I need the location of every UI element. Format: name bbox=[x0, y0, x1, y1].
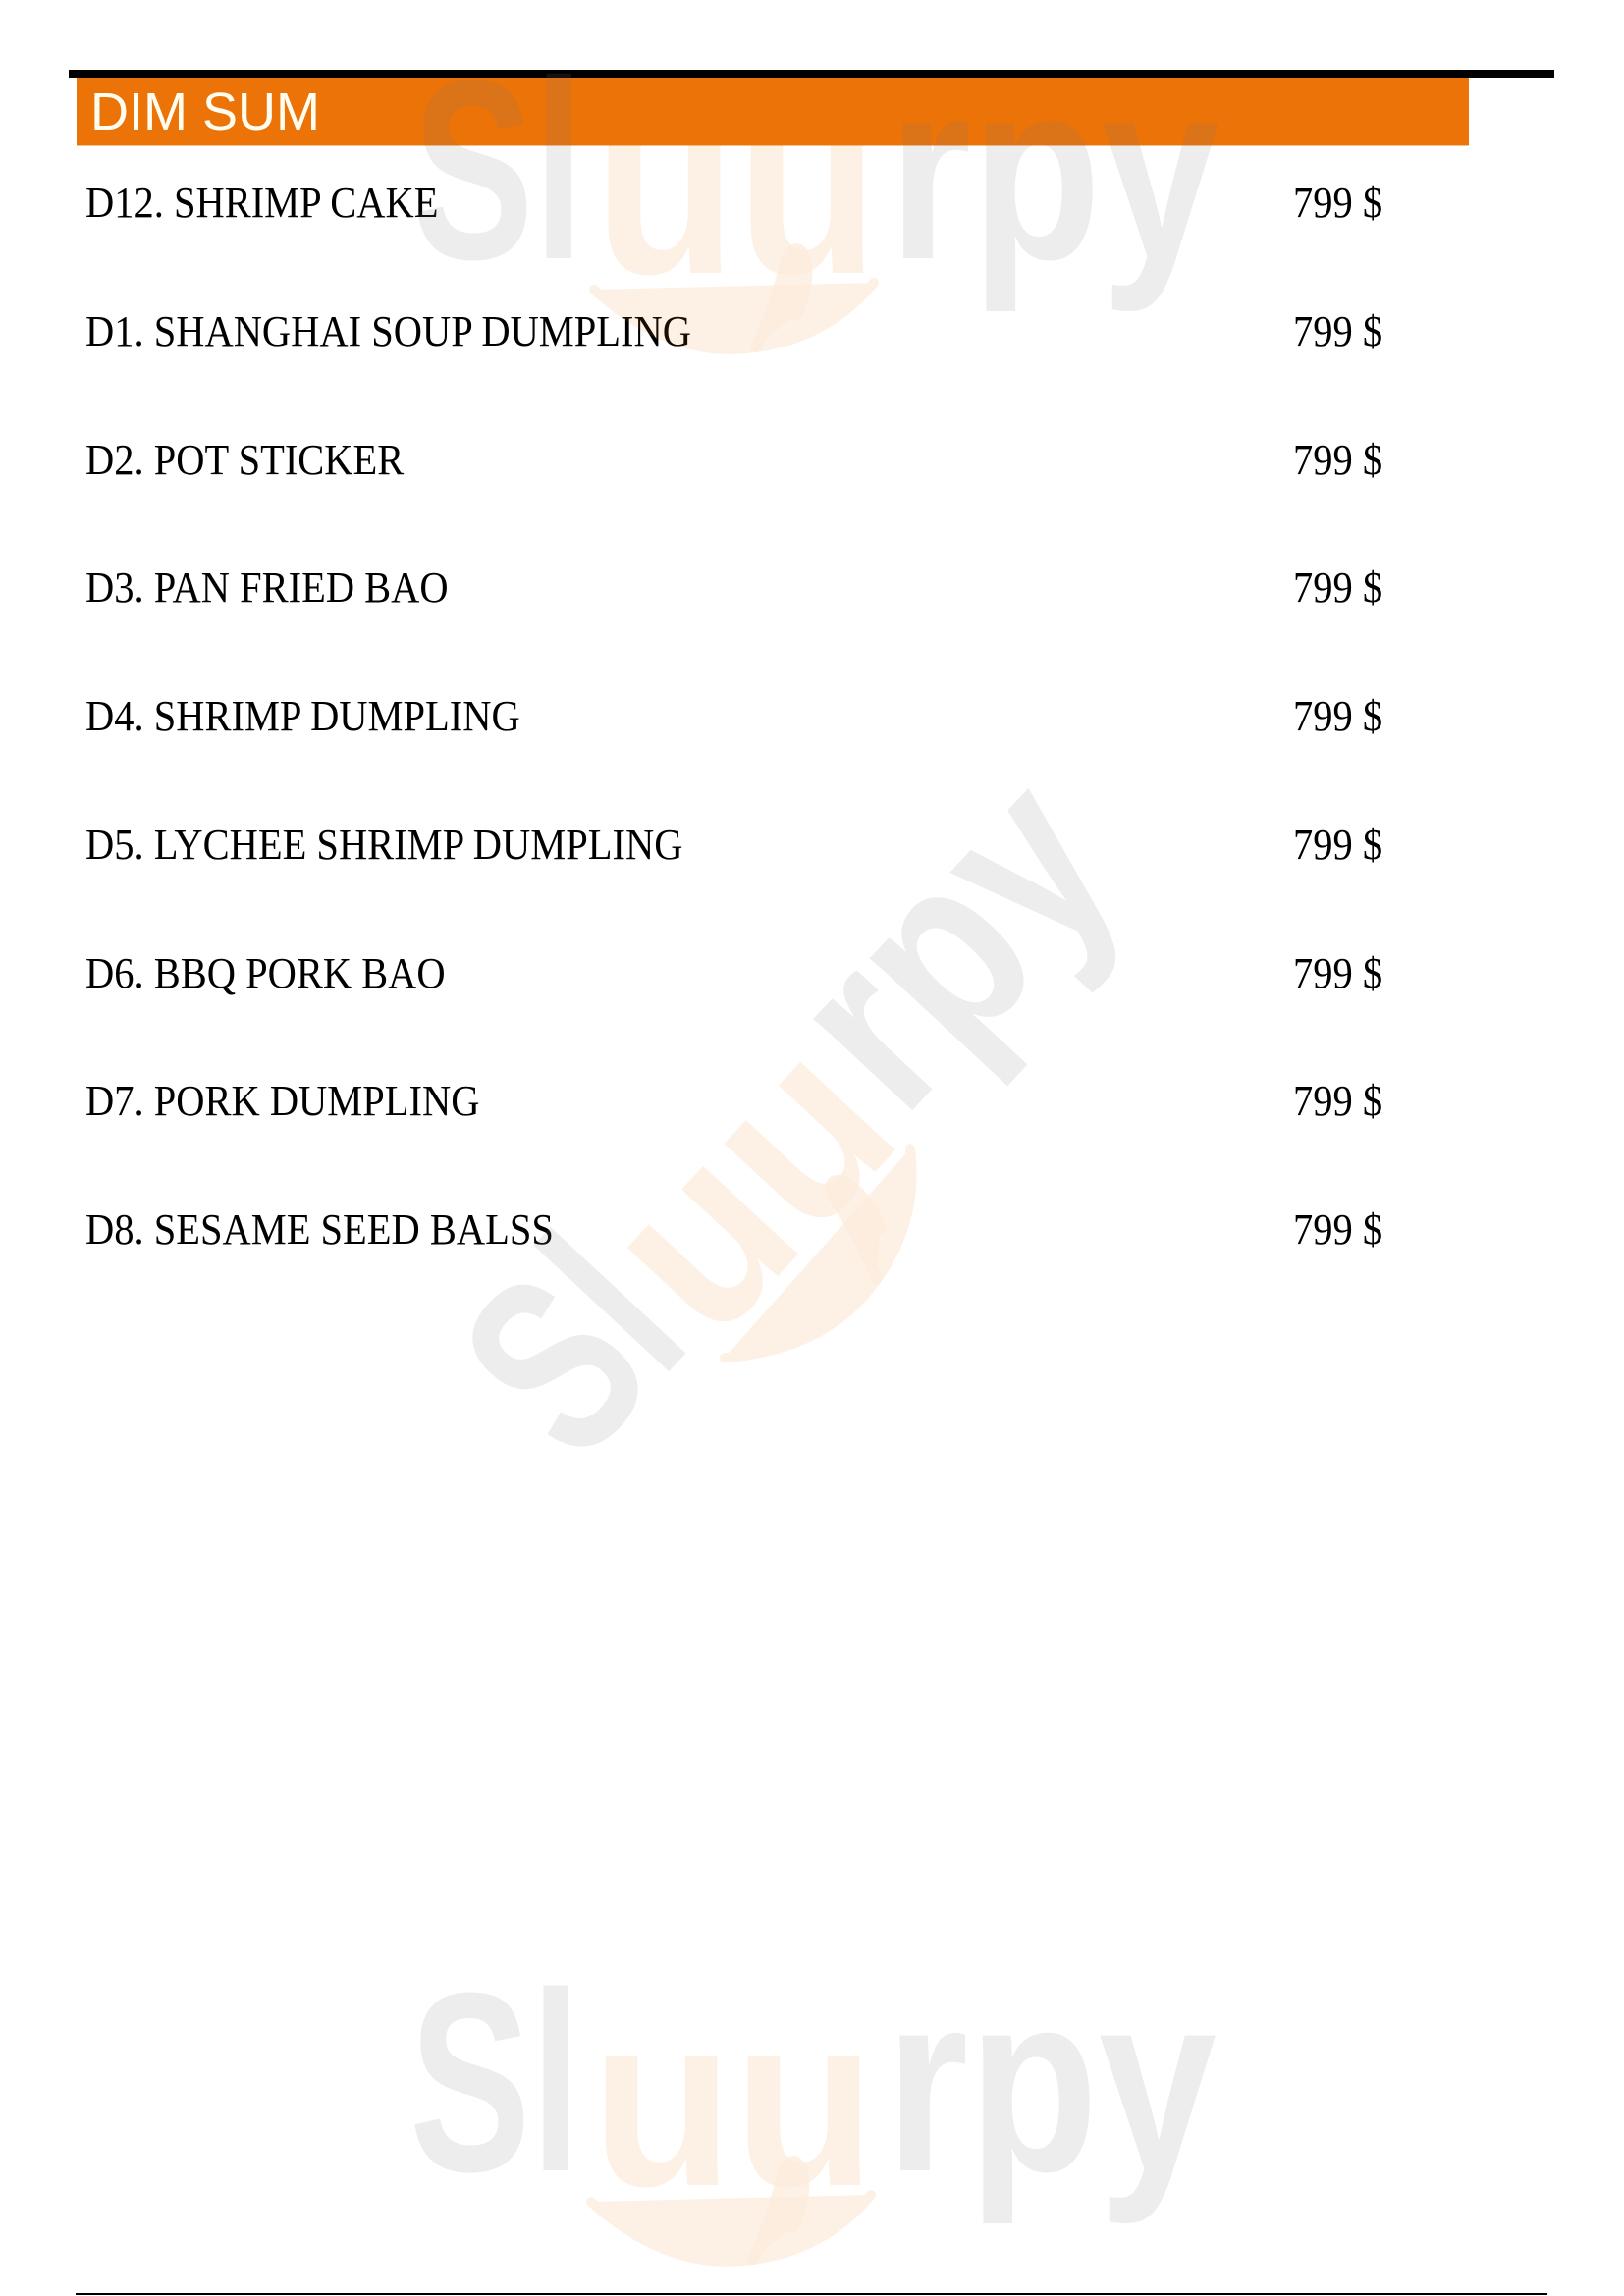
menu-item: D4. SHRIMP DUMPLING799 $ bbox=[0, 692, 1624, 751]
menu-item-name: D6. BBQ PORK BAO bbox=[85, 949, 446, 998]
menu-item-price: 799 $ bbox=[1293, 821, 1382, 870]
menu-item-price: 799 $ bbox=[1293, 949, 1382, 998]
menu-item: D8. SESAME SEED BALSS799 $ bbox=[0, 1205, 1624, 1264]
menu-item: D5. LYCHEE SHRIMP DUMPLING799 $ bbox=[0, 821, 1624, 880]
menu-item-price: 799 $ bbox=[1293, 436, 1382, 485]
bottom-divider bbox=[76, 2293, 1547, 2295]
svg-text:Sl: Sl bbox=[409, 1941, 581, 2225]
menu-item: D2. POT STICKER799 $ bbox=[0, 436, 1624, 495]
sluurpy-logo-icon: Sluurpy bbox=[409, 1974, 1217, 2264]
menu-item-name: D12. SHRIMP CAKE bbox=[85, 179, 439, 228]
top-divider bbox=[69, 70, 1554, 78]
section-header: DIM SUM bbox=[77, 78, 1469, 146]
menu-item-name: D5. LYCHEE SHRIMP DUMPLING bbox=[85, 821, 682, 870]
menu-item-price: 799 $ bbox=[1293, 692, 1382, 741]
svg-text:uu: uu bbox=[550, 988, 945, 1382]
menu-item: D6. BBQ PORK BAO799 $ bbox=[0, 949, 1624, 1008]
menu-item-price: 799 $ bbox=[1293, 179, 1382, 228]
menu-item: D1. SHANGHAI SOUP DUMPLING799 $ bbox=[0, 307, 1624, 366]
menu-item-price: 799 $ bbox=[1293, 1077, 1382, 1126]
menu-item-name: D7. PORK DUMPLING bbox=[85, 1077, 479, 1126]
svg-text:rpy: rpy bbox=[886, 1941, 1218, 2226]
menu-item-name: D3. PAN FRIED BAO bbox=[85, 563, 449, 613]
menu-item-name: D8. SESAME SEED BALSS bbox=[85, 1205, 554, 1255]
menu-item-name: D1. SHANGHAI SOUP DUMPLING bbox=[85, 307, 691, 356]
menu-item-name: D2. POT STICKER bbox=[85, 436, 404, 485]
menu-item: D3. PAN FRIED BAO799 $ bbox=[0, 563, 1624, 622]
svg-text:uu: uu bbox=[591, 1963, 876, 2237]
menu-item: D7. PORK DUMPLING799 $ bbox=[0, 1077, 1624, 1136]
menu-item-price: 799 $ bbox=[1293, 1205, 1382, 1255]
menu-item-name: D4. SHRIMP DUMPLING bbox=[85, 692, 520, 741]
menu-page: DIM SUM D12. SHRIMP CAKE799 $D1. SHANGHA… bbox=[0, 0, 1624, 2296]
menu-item: D12. SHRIMP CAKE799 $ bbox=[0, 179, 1624, 238]
menu-item-price: 799 $ bbox=[1293, 307, 1382, 356]
menu-item-price: 799 $ bbox=[1293, 563, 1382, 613]
section-title: DIM SUM bbox=[90, 81, 320, 142]
